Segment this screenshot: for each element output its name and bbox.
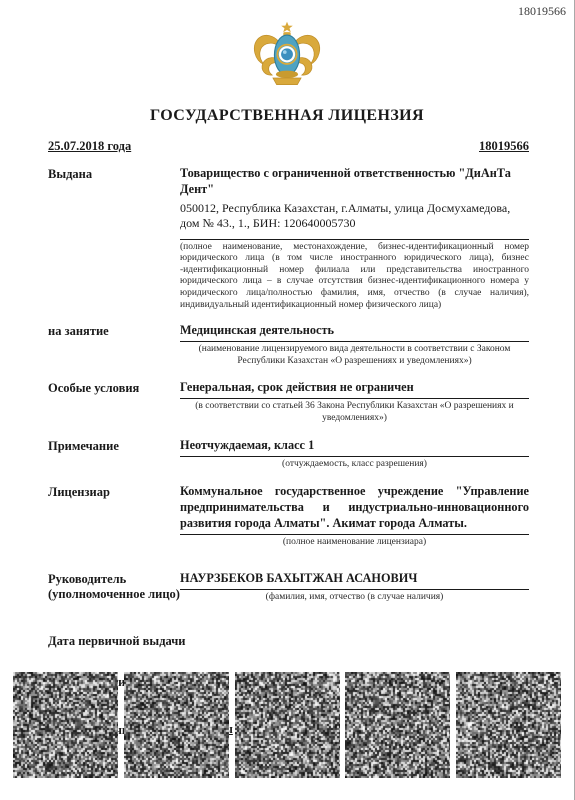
barcode-block bbox=[13, 672, 118, 778]
field-value: Генеральная, срок действия не ограничен bbox=[180, 380, 529, 396]
fields-section: Выдана Товарищество с ограниченной ответ… bbox=[48, 166, 529, 739]
field-value: Коммунальное государственное учреждение … bbox=[180, 484, 529, 532]
barcode-strip bbox=[13, 672, 561, 778]
field-note: (наименование лицензируемого вида деятел… bbox=[180, 341, 529, 367]
barcode-block bbox=[345, 672, 450, 778]
field-row-zanyatie: на занятие Медицинская деятельность (наи… bbox=[48, 323, 529, 367]
barcode-block bbox=[124, 672, 229, 778]
field-value-company: Товарищество с ограниченной ответственно… bbox=[180, 166, 529, 198]
field-value: Неотчуждаемая, класс 1 bbox=[180, 438, 529, 454]
field-value-address: 050012, Республика Казахстан, г.Алматы, … bbox=[180, 201, 529, 232]
field-row-data-pervichnoy: Дата первичной выдачи bbox=[48, 633, 529, 650]
meta-row: 25.07.2018 года 18019566 bbox=[48, 139, 529, 154]
issue-date: 25.07.2018 года bbox=[48, 139, 131, 154]
field-row-primechanie: Примечание Неотчуждаемая, класс 1 (отчуж… bbox=[48, 438, 529, 471]
license-number: 18019566 bbox=[479, 139, 529, 154]
field-label: Лицензиар bbox=[48, 484, 180, 501]
field-label-line1: Руководитель bbox=[48, 572, 180, 588]
field-value: НАУРЗБЕКОВ БАХЫТЖАН АСАНОВИЧ bbox=[180, 571, 529, 587]
field-label: Выдана bbox=[48, 166, 180, 183]
field-row-licenziar: Лицензиар Коммунальное государственное у… bbox=[48, 484, 529, 549]
field-label: Примечание bbox=[48, 438, 180, 455]
field-label: Особые условия bbox=[48, 380, 180, 397]
field-row-vydana: Выдана Товарищество с ограниченной ответ… bbox=[48, 166, 529, 311]
field-note: (полное наименование, местонахождение, б… bbox=[180, 239, 529, 311]
field-note: (отчуждаемость, класс разрешения) bbox=[180, 456, 529, 471]
doc-number-top: 18019566 bbox=[0, 0, 574, 19]
barcode-block bbox=[235, 672, 340, 778]
field-label: на занятие bbox=[48, 323, 180, 340]
field-note: (фамилия, имя, отчество (в случае наличи… bbox=[180, 589, 529, 604]
barcode-block bbox=[456, 672, 561, 778]
emblem-container bbox=[0, 21, 574, 95]
page-title: ГОСУДАРСТВЕННАЯ ЛИЦЕНЗИЯ bbox=[0, 107, 574, 125]
field-label: Дата первичной выдачи bbox=[48, 633, 529, 650]
license-document-page: 18019566 ГОСУДАРСТВЕННАЯ ЛИЦЕНЗИЯ 25.07.… bbox=[0, 0, 575, 800]
kazakhstan-emblem-icon bbox=[250, 21, 324, 95]
field-value: Медицинская деятельность bbox=[180, 323, 529, 339]
field-note: (в соответствии со статьей 36 Закона Рес… bbox=[180, 398, 529, 424]
field-note: (полное наименование лицензиара) bbox=[180, 534, 529, 549]
field-label-line2: (уполномоченное лицо) bbox=[48, 587, 180, 603]
field-row-osobye: Особые условия Генеральная, срок действи… bbox=[48, 380, 529, 424]
field-row-rukovoditel: Руководитель (уполномоченное лицо) НАУРЗ… bbox=[48, 571, 529, 604]
